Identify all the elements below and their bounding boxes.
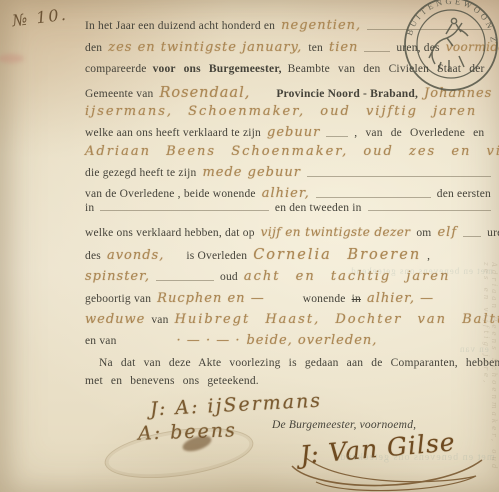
form-line: welke ons verklaard hebben, dat op vijf … <box>85 225 499 240</box>
printed-text: om <box>416 227 431 239</box>
printed-text: des <box>85 250 101 262</box>
printed-text: Gemeente van <box>85 88 154 100</box>
handwritten-entry: elf <box>437 225 457 240</box>
printed-text: in <box>85 202 94 214</box>
form-blank-line <box>100 210 269 211</box>
handwritten-entry: negentien, <box>281 18 361 33</box>
form-line: en van · — · — · beide, overleden, <box>85 333 377 348</box>
witness-signature-1: J: A: ijSermans <box>150 390 323 421</box>
printed-text: den eersten <box>437 188 491 200</box>
form-blank-line <box>307 176 491 177</box>
printed-text: Na dat van deze Akte voorlezing is gedaa… <box>99 357 499 369</box>
printed-text: van <box>151 314 168 326</box>
form-line: Na dat van deze Akte voorlezing is gedaa… <box>99 357 499 369</box>
form-line: des avonds, is Overleden Cornelia Broere… <box>85 247 430 263</box>
printed-text: van de Overledene , beide wonende <box>85 188 256 200</box>
form-blank-line <box>316 197 431 198</box>
handwritten-entry: tien <box>329 40 358 55</box>
printed-text: wonende <box>303 293 346 305</box>
form-blank-line <box>364 51 390 52</box>
handwritten-entry: Rucphen en — <box>157 291 265 306</box>
death-certificate-page: № 10. In het Jaar een duizend acht honde… <box>0 0 499 492</box>
printed-text: en van <box>85 335 117 347</box>
form-line: ijsermans, Schoenmaker, oud vijftig jare… <box>85 104 477 119</box>
printed-text: In het Jaar een duizend acht honderd en <box>85 20 275 32</box>
printed-text: die gezegd heeft te zijn <box>85 167 196 179</box>
form-line: geboortig van Rucphen en — wonende in al… <box>85 291 434 306</box>
printed-text: welke ons verklaard hebben, dat op <box>85 227 255 239</box>
printed-text: uren, <box>487 227 499 239</box>
printed-text: ten <box>308 42 323 54</box>
printed-text: den <box>85 42 102 54</box>
printed-text-struck: in <box>352 293 361 305</box>
bleedthrough-margin-writing: Adriaan Beens Schoenmaker, oud zes en vi… <box>482 262 498 472</box>
form-line: die gezegd heeft te zijn mede gebuur <box>85 165 491 180</box>
handwritten-entry: beide, overleden, <box>246 333 377 348</box>
handwritten-entry: zes en twintigste january, <box>108 40 302 55</box>
form-line: van de Overledene , beide wonende alhier… <box>85 186 491 201</box>
printed-text: De Burgemeester, voornoemd, <box>272 419 416 431</box>
handwritten-entry: alhier, <box>262 186 310 201</box>
printed-text: geboortig van <box>85 293 151 305</box>
printed-text: en den tweeden in <box>275 202 362 214</box>
bleedthrough-text: met en benevens ons geteekend. <box>347 266 493 276</box>
printed-text: oud <box>220 271 238 283</box>
handwritten-entry: Rosendaal, <box>160 85 251 101</box>
printed-text: compareerde <box>85 63 147 75</box>
official-stamp: BUITENGEWOON ZEGEL <box>389 0 499 104</box>
handwritten-entry: mede gebuur <box>202 165 300 180</box>
handwritten-entry: avonds, <box>107 248 164 263</box>
handwritten-entry: Adriaan Beens Schoenmaker, oud zes en vi… <box>85 144 499 159</box>
ink-smudge <box>0 54 24 63</box>
printed-text: voor ons Burgemeester, <box>153 63 282 75</box>
printed-text: welke aan ons heeft verklaard te zijn <box>85 127 261 139</box>
form-blank-line <box>156 280 214 281</box>
form-line: weduwe van Huibregt Haast, Dochter van B… <box>85 312 499 327</box>
form-line: welke aan ons heeft verklaard te zijn ge… <box>85 125 484 140</box>
handwritten-entry: vijf en twintigste dezer <box>261 225 411 239</box>
form-line: in en den tweeden in <box>85 202 491 214</box>
form-line: Adriaan Beens Schoenmaker, oud zes en vi… <box>85 144 499 159</box>
official-title-line: De Burgemeester, voornoemd, <box>272 419 416 431</box>
embossed-stamp <box>102 420 257 486</box>
horse-rider-icon <box>429 18 468 71</box>
bleedthrough-text: met en benevens ons geteekend. <box>336 452 495 463</box>
handwritten-entry: Huibregt Haast, Dochter van Baltus <box>175 312 499 327</box>
handwritten-entry: · — · — · <box>177 333 241 348</box>
handwritten-entry: weduwe <box>85 312 145 327</box>
form-line: met en benevens ons geteekend. <box>85 375 259 387</box>
printed-text: , <box>427 250 430 262</box>
handwritten-entry: spinster, <box>85 269 150 284</box>
printed-text: is Overleden <box>186 250 247 262</box>
form-blank-line <box>326 136 348 137</box>
handwritten-entry: gebuur <box>267 125 320 140</box>
printed-text: met en benevens ons geteekend. <box>85 375 259 387</box>
handwritten-entry: Cornelia Broeren <box>253 247 421 263</box>
act-number: № 10. <box>11 5 69 31</box>
form-blank-line <box>368 210 491 211</box>
form-blank-line <box>463 236 481 237</box>
handwritten-entry: alhier, — <box>367 291 434 306</box>
handwritten-entry: ijsermans, Schoenmaker, oud vijftig jare… <box>85 104 477 119</box>
printed-text: , van de Overledene en <box>354 127 484 139</box>
